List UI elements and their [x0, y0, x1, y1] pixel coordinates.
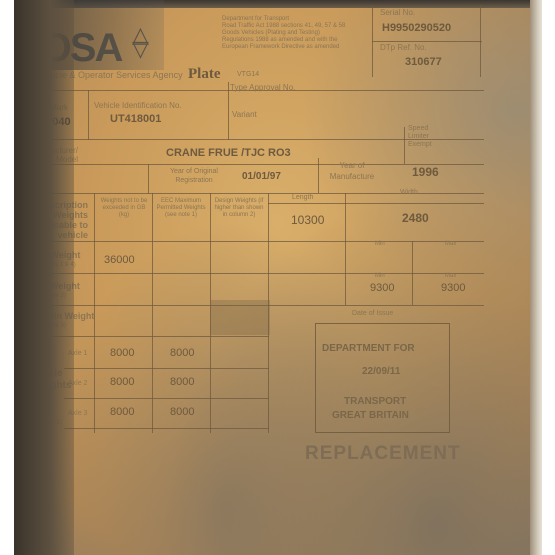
vin-value: UT418001: [110, 113, 161, 125]
serial-value: H9950290520: [382, 22, 451, 34]
dtp-ref-label: DTp Ref. No.: [380, 43, 427, 52]
authority-text: Department for Transport Road Traffic Ac…: [222, 16, 345, 51]
divider: [152, 193, 153, 433]
divider: [404, 127, 405, 164]
axle-1-gb-value: 8000: [110, 347, 134, 359]
divider: [14, 241, 484, 242]
serial-label: Serial No.: [380, 8, 415, 17]
divider: [345, 193, 346, 305]
plate-title: Plate: [188, 66, 220, 83]
year-manufacture-value: 1996: [412, 165, 439, 179]
col3-header: EEC Maximum Permitted Weights (see note …: [156, 198, 206, 219]
col4-header: Design Weights (if higher than shown in …: [214, 198, 264, 219]
replacement-mark: REPLACEMENT: [305, 443, 461, 465]
divider: [88, 90, 89, 140]
axle-3-eec-value: 8000: [170, 406, 194, 418]
frame-edge-right: [530, 0, 542, 555]
divider: [228, 82, 229, 140]
stamp-date: 22/09/11: [362, 366, 400, 377]
axle-1-eec-value: 8000: [170, 347, 194, 359]
year-manufacture-label: Year of Manufacture: [322, 160, 382, 182]
axle-3-gb-value: 8000: [110, 406, 134, 418]
stain: [210, 300, 270, 335]
type-approval-label: Type Approval No.: [230, 83, 295, 92]
variant-label: Variant: [232, 110, 257, 119]
year-registration-value: 01/01/97: [242, 171, 281, 182]
divider: [318, 158, 319, 193]
length-label: Length: [292, 194, 313, 201]
width-value: 2480: [402, 211, 429, 225]
col2-header: Weights not to be exceeded in GB (kg): [100, 198, 148, 219]
authority-line: Department for Transport: [222, 16, 345, 23]
coupling-max-label: Max: [445, 273, 456, 279]
divider: [148, 164, 149, 194]
year-registration-label: Year of Original Registration: [154, 167, 234, 185]
stamp-line-1: DEPARTMENT FOR: [322, 343, 415, 354]
coupling-min-label: Min: [375, 273, 385, 279]
axle-2-eec-value: 8000: [170, 376, 194, 388]
dim-max-label: Max: [445, 241, 456, 247]
dim-min-label: Min: [375, 241, 385, 247]
gross-weight-value: 36000: [104, 254, 135, 266]
divider: [372, 41, 482, 42]
date-of-issue-label: Date of Issue: [352, 310, 393, 317]
authority-line: Goods Vehicles (Plating and Testing): [222, 30, 345, 37]
width-label: Width: [400, 189, 418, 196]
coupling-min-value: 9300: [370, 282, 394, 294]
torn-left-edge-shadow: [14, 0, 74, 555]
manufacturer-value: CRANE FRUE /TJC RO3: [166, 147, 291, 159]
coupling-max-value: 9300: [441, 282, 465, 294]
vin-label: Vehicle Identification No.: [94, 101, 182, 110]
length-value: 10300: [291, 213, 324, 227]
authority-line: Regulations 1988 as amended and with the: [222, 37, 345, 44]
divider: [14, 273, 484, 274]
axle-2-gb-value: 8000: [110, 376, 134, 388]
stamp-line-2: TRANSPORT: [344, 396, 406, 407]
authority-line: European Framework Directive as amended: [222, 44, 345, 51]
divider: [412, 241, 413, 305]
dtp-ref-value: 310677: [405, 56, 442, 68]
form-code: VTG14: [237, 71, 259, 78]
divider: [268, 203, 484, 204]
speed-limiter-label: Speed Limiter Exempt: [408, 125, 442, 149]
authority-line: Road Traffic Act 1988 sections 41, 49, 5…: [222, 23, 345, 30]
divider: [480, 5, 481, 77]
stamp-line-3: GREAT BRITAIN: [332, 410, 409, 421]
